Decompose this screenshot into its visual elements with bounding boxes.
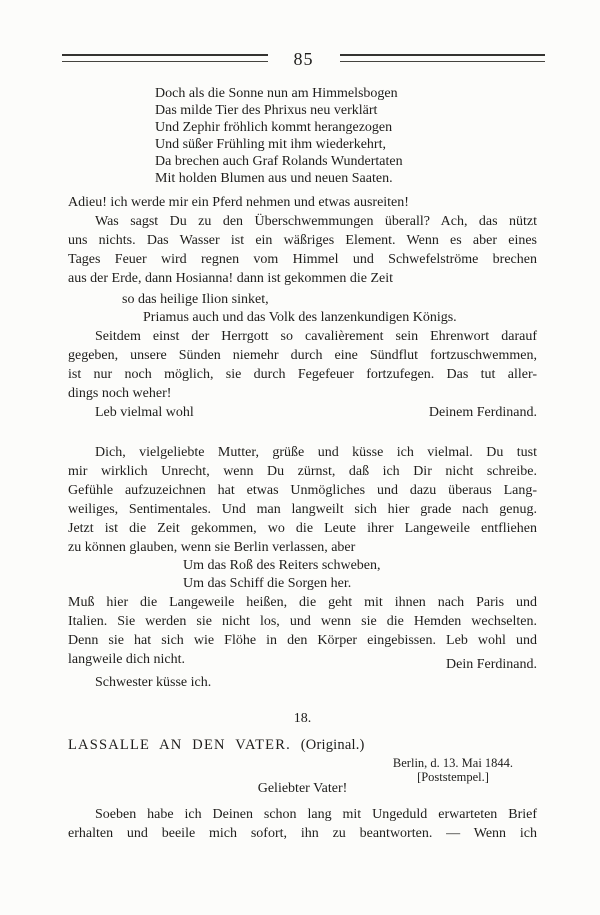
paragraph-line: mir wirklich Unrecht, wenn Du zürnst, da… <box>68 462 537 481</box>
poem-line: Und Zephir fröhlich kommt herangezogen <box>155 119 537 136</box>
page-number: 85 <box>294 50 314 68</box>
dateline: Berlin, d. 13. Mai 1844. <box>369 756 537 770</box>
letter-body: Muß hier die Langeweile heißen, die geht… <box>68 593 537 692</box>
paragraph-line: erhalten und beeile mich sofort, ihn zu … <box>68 824 537 843</box>
signature: Dein Ferdinand. <box>446 655 537 674</box>
letter-closing: Leb vielmal wohl Deinem Ferdinand. <box>68 403 537 422</box>
header-rule-right <box>340 54 546 62</box>
paragraph-line: Jetzt ist die Zeit gekommen, wo die Leut… <box>68 519 537 538</box>
poem-line: Und süßer Frühling mit ihm wiederkehrt, <box>155 136 537 153</box>
postscript-line: Schwester küsse ich. <box>68 673 537 692</box>
heading-title: LASSALLE AN DEN VATER. <box>68 737 291 753</box>
poem-line: Da brechen auch Graf Rolands Wundertaten <box>155 153 537 170</box>
closing-phrase: Leb vielmal wohl <box>68 403 194 422</box>
section-number: 18. <box>68 709 537 728</box>
verse-line: so das heilige Ilion sinket, <box>68 291 537 309</box>
section-heading: LASSALLE AN DEN VATER. (Original.) <box>68 735 537 755</box>
verse-quotation-reiter: Um das Roß des Reiters schweben, Um das … <box>68 557 537 593</box>
letter-18-section: 18. LASSALLE AN DEN VATER. (Original.) B… <box>68 709 537 843</box>
paragraph-line: Dich, vielgeliebte Mutter, grüße und küs… <box>68 443 537 462</box>
poem-line: Das milde Tier des Phrixus neu verklärt <box>155 102 537 119</box>
header-rule-left <box>62 54 268 62</box>
paragraph-line: gegeben, unsere Sünden niemehr durch ein… <box>68 346 537 365</box>
verse-quotation-ilion: so das heilige Ilion sinket, Priamus auc… <box>68 291 537 327</box>
letter-body: Adieu! ich werde mir ein Pferd nehmen un… <box>68 193 537 288</box>
paragraph-line: Muß hier die Langeweile heißen, die geht… <box>68 593 537 612</box>
letter-closing: langweile dich nicht. Dein Ferdinand. <box>68 650 537 669</box>
paragraph-line: weiliges, Sentimentales. Und man langwei… <box>68 500 537 519</box>
paragraph-line: Denn sie hat sich wie Flöhe in den Körpe… <box>68 631 537 650</box>
paragraph-line: Tages Feuer wird regnen vom Himmel und S… <box>68 250 537 269</box>
poem-stanza: Doch als die Sonne nun am Himmelsbogen D… <box>68 85 537 187</box>
paragraph-line: aus der Erde, dann Hosianna! dann ist ge… <box>68 269 537 288</box>
paragraph-line: Adieu! ich werde mir ein Pferd nehmen un… <box>68 193 537 212</box>
paragraph-line: Gefühle aufzuzeichnen hat etwas Unmöglic… <box>68 481 537 500</box>
paragraph-line: Italien. Sie werden sie nicht los, und w… <box>68 612 537 631</box>
page-header: 85 <box>62 46 545 70</box>
paragraph-line: dings noch weher! <box>68 384 537 403</box>
verse-line: Priamus auch und das Volk des lanzenkund… <box>68 309 537 327</box>
paragraph-line: Was sagst Du zu den Überschwemmungen übe… <box>68 212 537 231</box>
poem-line: Doch als die Sonne nun am Himmelsbogen <box>155 85 537 102</box>
letter-body: Dich, vielgeliebte Mutter, grüße und küs… <box>68 443 537 557</box>
paragraph-line: Seitdem einst der Herrgott so cavalièrem… <box>68 327 537 346</box>
closing-phrase: langweile dich nicht. <box>68 650 185 669</box>
signature: Deinem Ferdinand. <box>429 403 537 422</box>
verse-line: Um das Roß des Reiters schweben, <box>68 557 537 575</box>
paragraph-line: uns nichts. Das Wasser ist ein wäßriges … <box>68 231 537 250</box>
paragraph-line: Soeben habe ich Deinen schon lang mit Un… <box>68 805 537 824</box>
poem-line: Mit holden Blumen aus und neuen Saaten. <box>155 170 537 187</box>
paragraph-line: zu können glauben, wenn sie Berlin verla… <box>68 538 537 557</box>
paragraph-line: ist nur noch möglich, sie durch Fegefeue… <box>68 365 537 384</box>
heading-annotation: (Original.) <box>301 737 365 753</box>
verse-line: Um das Schiff die Sorgen her. <box>68 575 537 593</box>
letter-body: Seitdem einst der Herrgott so cavalièrem… <box>68 327 537 403</box>
book-page: 85 Doch als die Sonne nun am Himmelsboge… <box>0 0 600 915</box>
